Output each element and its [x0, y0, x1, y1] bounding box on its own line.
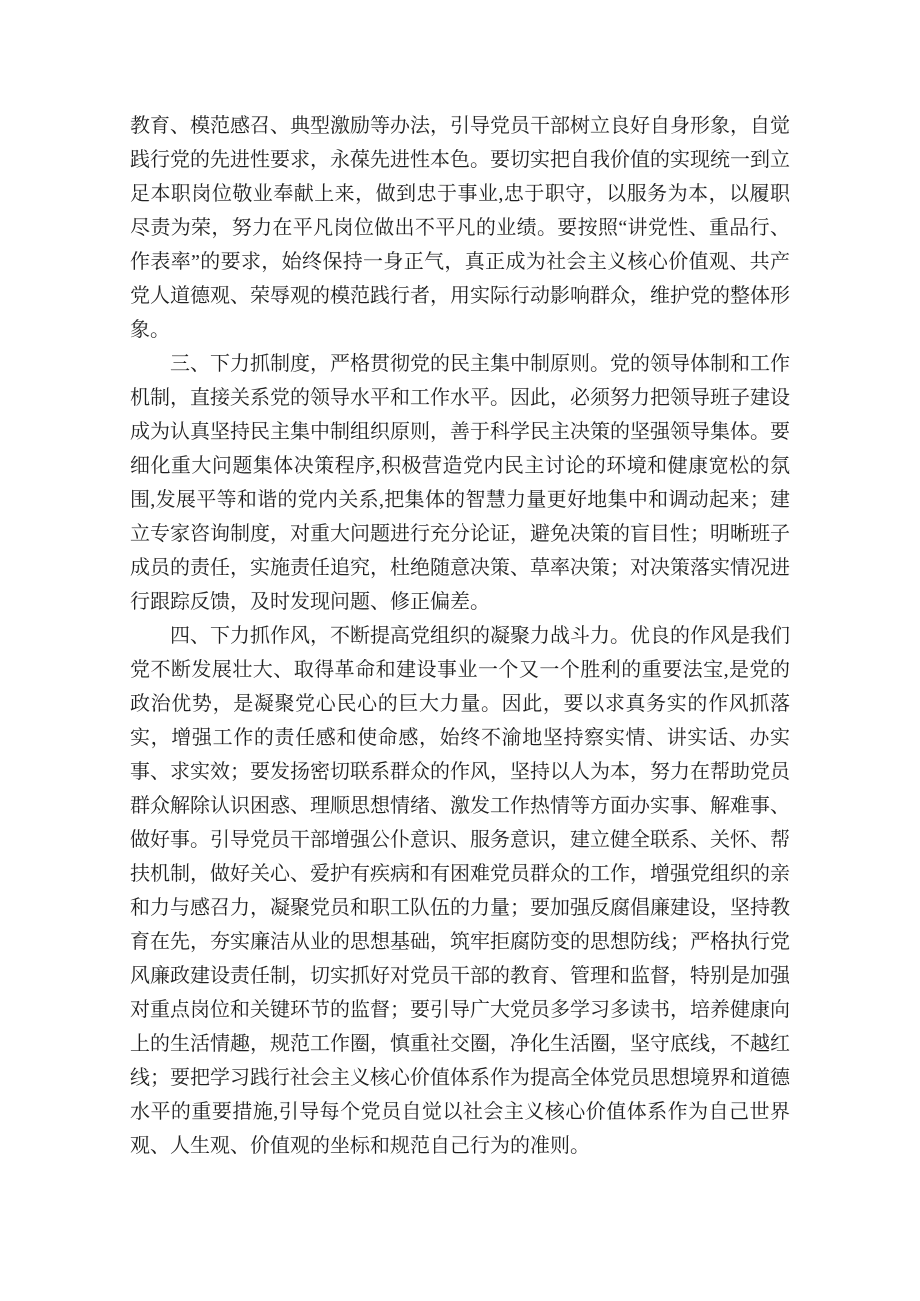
document-body: 教育、模范感召、典型激励等办法，引导党员干部树立良好自身形象，自觉践行党的先进性…	[130, 109, 790, 1163]
document-page: 教育、模范感召、典型激励等办法，引导党员干部树立良好自身形象，自觉践行党的先进性…	[0, 0, 920, 1301]
paragraph-continuation: 教育、模范感召、典型激励等办法，引导党员干部树立良好自身形象，自觉践行党的先进性…	[130, 109, 790, 347]
paragraph-section-3: 三、下力抓制度，严格贯彻党的民主集中制原则。党的领导体制和工作机制，直接关系党的…	[130, 347, 790, 619]
paragraph-section-4: 四、下力抓作风，不断提高党组织的凝聚力战斗力。优良的作风是我们党不断发展壮大、取…	[130, 619, 790, 1163]
